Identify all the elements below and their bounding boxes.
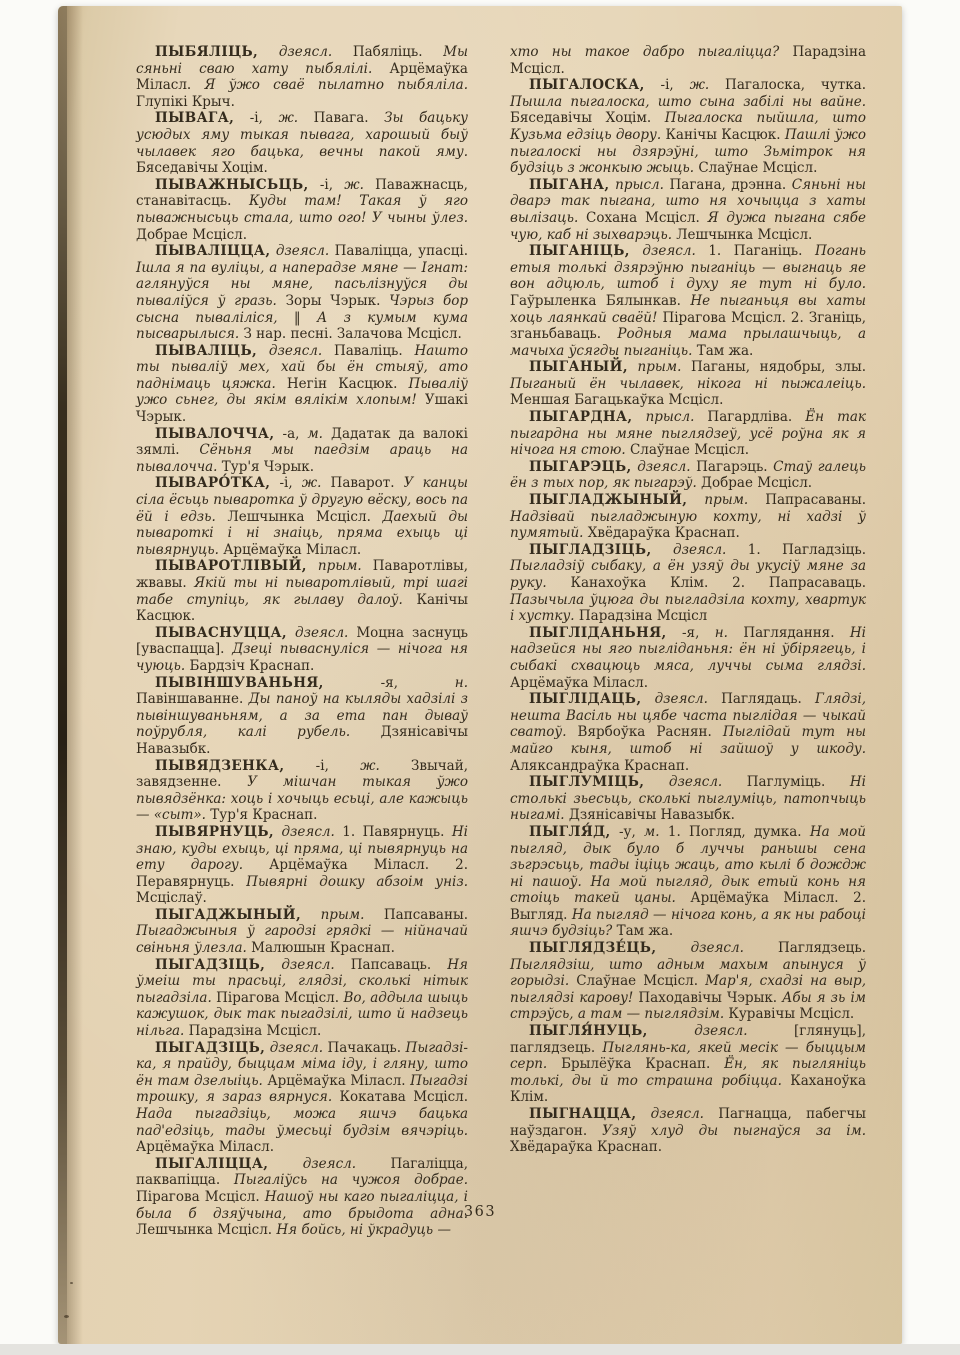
italic-text: Пышла пыгалоска, што сына забілі ны вайн… xyxy=(510,94,866,110)
regular-text: Мсціслаў. xyxy=(136,890,207,906)
italic-text: ж. xyxy=(333,177,364,193)
headword: ПЫГАЛОСКА, xyxy=(529,77,645,93)
italic-text: дзеясл. xyxy=(632,459,691,475)
italic-text: прым. xyxy=(307,558,362,574)
regular-text: 1. Пагладзіць. xyxy=(726,542,866,558)
dictionary-entry: ПЫГЛЯДЗЕ́ЦЬ, дзеясл. Паглядзець. Пыглядз… xyxy=(510,940,866,1023)
headword: ПЫГАДЗІЦЬ, xyxy=(155,957,265,973)
italic-text: прысл. xyxy=(633,409,695,425)
dictionary-entry: ПЫГАРДНА, прысл. Пагардліва. Ён так пыга… xyxy=(510,409,866,459)
italic-text: м. xyxy=(299,426,323,442)
dictionary-entry: ПЫВІНШУВАНЬНЯ, -я, н. Павіншаванне. Ды п… xyxy=(136,675,468,758)
dictionary-entry: ПЫГЛУМІЦЬ, дзеясл. Паглуміць. Ні столькі… xyxy=(510,774,866,824)
regular-text: Брылёўка Краснап. xyxy=(547,1056,710,1072)
regular-text: Лешчынка Мсцісл. xyxy=(216,509,371,525)
italic-text: дзеясл. xyxy=(636,1106,704,1122)
scanner-bed-strip xyxy=(0,1344,960,1355)
headword: ПЫГЛАДЖЫНЫЙ, xyxy=(529,492,687,508)
dictionary-entry: ПЫГЛІДАЦЬ, дзеясл. Паглядаць. Глядзі, не… xyxy=(510,691,866,774)
italic-text: дзеясл. xyxy=(656,940,743,956)
regular-text: -і, xyxy=(645,77,674,93)
dictionary-entry: ПЫВЯРНУЦЬ, дзеясл. 1. Павярнуць. Ні знаю… xyxy=(136,824,468,907)
regular-text: Слаўнае Мсцісл. xyxy=(694,160,817,176)
dictionary-entry: ПЫГАНА, прысл. Пагана, дрэнна. Сяньні ны… xyxy=(510,177,866,243)
regular-text: Добрае Мсцісл. xyxy=(136,227,247,243)
dictionary-entry: ПЫГЛЯ́Д, -у, м. 1. Погляд, думка. На мой… xyxy=(510,824,866,940)
regular-text: Дзянісавічы Навазыбк. xyxy=(565,807,735,823)
dictionary-entry: ПЫВАРО́ТКА, -і, ж. Паварот. У канцы сіла… xyxy=(136,475,468,558)
regular-text: 1. Погляд, думка. xyxy=(660,824,802,840)
dictionary-entry: ПЫГНАЦЦА, дзеясл. Пагнацца, пабегчы наўз… xyxy=(510,1106,866,1156)
regular-text: Меншая Багацькаўка Мсцісл. xyxy=(510,392,723,408)
spine-shadow xyxy=(67,6,83,1344)
regular-text: Пірагова Мсцісл. xyxy=(136,1189,260,1205)
regular-text: Пірагова Мсцісл. xyxy=(212,990,339,1006)
italic-text: дзеясл. xyxy=(274,824,335,840)
headword: ПЫВЯДЗЕНКА, xyxy=(155,758,284,774)
italic-text: прым. xyxy=(628,359,681,375)
regular-text: Хвёдараўка Краснап. xyxy=(583,525,739,541)
regular-text: Парадзіна Мсцісл xyxy=(575,608,708,624)
regular-text: Лешчынка Мсцісл. xyxy=(136,1222,272,1238)
regular-text: 1. Павярнуць. xyxy=(335,824,445,840)
regular-text: Павіншаванне. xyxy=(136,691,243,707)
dictionary-entry: ПЫГАНІЦЬ, дзеясл. 1. Паганіць. Погань ет… xyxy=(510,243,866,359)
regular-text: Паганы, нядобры, злы. xyxy=(681,359,866,375)
regular-text: З нар. песні. Залачова Мсцісл. xyxy=(239,326,462,342)
headword: ПЫГЛУМІЦЬ, xyxy=(529,774,644,790)
regular-text: Аляксандраўка Краснап. xyxy=(510,758,689,774)
regular-text: Добрае Мсцісл. xyxy=(697,475,812,491)
dictionary-entry: ПЫВАЛІЦЬ, дзеясл. Паваліць. Нашто ты пыв… xyxy=(136,343,468,426)
regular-text: -і, xyxy=(309,177,333,193)
right-column: хто ны такое дабро пыгаліцца? Парадзіна … xyxy=(510,44,866,1156)
italic-text: прысл. xyxy=(610,177,664,193)
headword: ПЫВАЛІЦЬ, xyxy=(155,343,257,359)
italic-text: Пывярні дошку абзоім уніз. xyxy=(234,874,468,890)
dictionary-entry: ПЫГАНЫЙ, прым. Паганы, нядобры, злы. Пыг… xyxy=(510,359,866,409)
regular-text: Папсаваны. xyxy=(364,907,468,923)
regular-text: Пагарэць. xyxy=(691,459,768,475)
headword: ПЫВАЛОЧЧА, xyxy=(155,426,274,442)
regular-text: Лешчынка Мсцісл. xyxy=(672,227,812,243)
regular-text: Тур'я Чэрык. xyxy=(217,459,314,475)
dictionary-entry: ПЫВЯДЗЕНКА, -і, ж. Звычай, завядзенне. У… xyxy=(136,758,468,824)
dictionary-entry: ПЫГАЛІЦЦА, дзеясл. Пагаліцца, паквапіцца… xyxy=(136,1156,468,1239)
regular-text: Пабяліць. xyxy=(332,44,422,60)
regular-text: Пагардліва. xyxy=(694,409,792,425)
regular-text: Паходавічы Чэрык. xyxy=(633,990,777,1006)
regular-text: Паварот. xyxy=(321,475,394,491)
regular-text: Там жа. xyxy=(612,923,673,939)
regular-text: Слаўнае Мсцісл. xyxy=(569,973,698,989)
regular-text: -і, xyxy=(270,475,292,491)
regular-text: Паглядзець. xyxy=(744,940,866,956)
headword: ПЫГЛЯ́Д, xyxy=(529,824,611,840)
page-number: 363 xyxy=(58,1204,902,1220)
regular-text: Паваліць. xyxy=(322,343,402,359)
headword: ПЫВАРО́ТКА, xyxy=(155,475,270,491)
regular-text: Малюшын Краснап. xyxy=(247,940,395,956)
headword: ПЫВЯРНУЦЬ, xyxy=(155,824,274,840)
regular-text: Глупікі Крыч. xyxy=(136,94,235,110)
regular-text: 1. Паганіць. xyxy=(696,243,803,259)
scan-artifact xyxy=(70,1282,73,1284)
italic-text: ж. xyxy=(263,110,298,126)
italic-text: Пыгаліўсь на чужоя добрае. xyxy=(220,1172,468,1188)
regular-text: Вярбоўка Раснян. xyxy=(567,724,712,740)
book-page: ПЫБЯЛІЦЬ, дзеясл. Пабяліць. Мы сяньні св… xyxy=(58,6,902,1344)
italic-text: прым. xyxy=(687,492,748,508)
regular-text: Гаўрыленка Бялынкав. xyxy=(510,293,681,309)
headword: ПЫГЛІДАЦЬ, xyxy=(529,691,641,707)
regular-text: Зоры Чэрык. xyxy=(277,293,381,309)
italic-text: ж. xyxy=(674,77,709,93)
regular-text: Арцёмаўка Міласл. xyxy=(136,1139,274,1155)
dictionary-entry: ПЫВАЖНЫСЬЦЬ, -і, ж. Паважнасць, станавіт… xyxy=(136,177,468,243)
headword: ПЫВАРОТЛІВЫЙ, xyxy=(155,558,307,574)
italic-text: дзеясл. xyxy=(652,542,727,558)
regular-text: Хвёдараўка Краснап. xyxy=(510,1139,662,1155)
headword: ПЫГАДЗІЦЬ, xyxy=(155,1040,265,1056)
headword: ПЫГЛЯДЗЕ́ЦЬ, xyxy=(529,940,656,956)
italic-text: ж. xyxy=(293,475,322,491)
dictionary-entry: ПЫГЛАДЗІЦЬ, дзеясл. 1. Пагладзіць. Пыгла… xyxy=(510,542,866,625)
headword: ПЫВАГА, xyxy=(155,110,234,126)
italic-text: дзеясл. xyxy=(644,774,722,790)
headword: ПЫГНАЦЦА, xyxy=(529,1106,636,1122)
regular-text: Павага. xyxy=(298,110,368,126)
italic-text: Нада пыгадзіць, можа яшчэ бацька пад'едз… xyxy=(136,1106,468,1139)
regular-text: Пагалоска, чутка. xyxy=(709,77,866,93)
headword: ПЫГАРЭЦЬ, xyxy=(529,459,632,475)
italic-text: дзеясл. xyxy=(268,1156,356,1172)
headword: ПЫГАЛІЦЦА, xyxy=(155,1156,268,1172)
italic-text: прым. xyxy=(301,907,364,923)
regular-text: Там жа. xyxy=(692,343,753,359)
regular-text: Парадзіна Мсцісл. xyxy=(184,1023,321,1039)
headword: ПЫГЛЯ́НУЦЬ, xyxy=(529,1023,648,1039)
regular-text: Слаўнае Мсцісл. xyxy=(626,442,749,458)
dictionary-entry: ПЫГАДЖЫНЫЙ, прым. Папсаваны. Пыгаджыныя … xyxy=(136,907,468,957)
regular-text: Папрасаваны. xyxy=(748,492,866,508)
scan-artifact xyxy=(64,1315,69,1318)
regular-text: Папсаваць. xyxy=(335,957,432,973)
regular-text: Бяседавічы Хоцім. xyxy=(136,160,268,176)
regular-text: Паглядаць. xyxy=(708,691,802,707)
italic-text: хто ны такое дабро пыгаліцца? xyxy=(510,44,779,60)
dictionary-entry: ПЫГАЛОСКА, -і, ж. Пагалоска, чутка. Пышл… xyxy=(510,77,866,177)
regular-text: Паглядання. xyxy=(728,625,835,641)
dictionary-entry: ПЫВАСНУЦЦА, дзеясл. Моцна заснуць [увасп… xyxy=(136,625,468,675)
regular-text: Канічы Касцюк. xyxy=(661,127,780,143)
headword: ПЫВАЛІЦЦА, xyxy=(155,243,270,259)
italic-text: дзеясл. xyxy=(257,343,322,359)
dictionary-entry: ПЫВАГА, -і, ж. Павага. Зы бацьку усюдых … xyxy=(136,110,468,176)
italic-text: н. xyxy=(699,625,728,641)
regular-text: Канахоўка Клім. 2. Папрасаваць. xyxy=(547,575,866,591)
entry-continuation: хто ны такое дабро пыгаліцца? Парадзіна … xyxy=(510,44,866,77)
regular-text: -а, xyxy=(274,426,299,442)
regular-text: -я, xyxy=(667,625,700,641)
regular-text: -і, xyxy=(284,758,328,774)
italic-text: дзеясл. xyxy=(258,44,332,60)
dictionary-entry: ПЫГЛАДЖЫНЫЙ, прым. Папрасаваны. Надзівай… xyxy=(510,492,866,542)
regular-text: -я, xyxy=(324,675,398,691)
dictionary-entry: ПЫГАРЭЦЬ, дзеясл. Пагарэць. Стаў галець … xyxy=(510,459,866,492)
italic-text: дзеясл. xyxy=(648,1023,748,1039)
dictionary-entry: ПЫВАЛОЧЧА, -а, м. Дадатак да валокі зямл… xyxy=(136,426,468,476)
italic-text: н. xyxy=(398,675,468,691)
italic-text: Узяў хлуд ды пыгнаўся за ім. xyxy=(587,1123,866,1139)
dictionary-entry: ПЫГАДЗІЦЬ, дзеясл. Папсаваць. Ня ўмеіш т… xyxy=(136,957,468,1040)
dictionary-entry: ПЫГЛІДАНЬНЯ, -я, н. Паглядання. Ні надзе… xyxy=(510,625,866,691)
italic-text: дзеясл. xyxy=(287,625,348,641)
italic-text: Ня бойсь, ні ўкрадуць — xyxy=(272,1222,451,1238)
italic-text: дзеясл. xyxy=(270,243,329,259)
italic-text: дзеясл. xyxy=(641,691,708,707)
italic-text: дзеясл. xyxy=(630,243,696,259)
headword: ПЫБЯЛІЦЬ, xyxy=(155,44,258,60)
headword: ПЫВІНШУВАНЬНЯ, xyxy=(155,675,324,691)
italic-text: Я ўжо сваё пылатно пыбяліла. xyxy=(191,77,468,93)
regular-text: Сохана Мсцісл. xyxy=(578,210,700,226)
regular-text: Арцёмаўка Міласл. xyxy=(263,1073,406,1089)
regular-text: Арцёмаўка Міласл. xyxy=(510,675,648,691)
regular-text: Пачакаць. xyxy=(323,1040,401,1056)
regular-text: Негін Касцюк. xyxy=(276,376,398,392)
left-column: ПЫБЯЛІЦЬ, дзеясл. Пабяліць. Мы сяньні св… xyxy=(136,44,468,1239)
dictionary-entry: ПЫБЯЛІЦЬ, дзеясл. Пабяліць. Мы сяньні св… xyxy=(136,44,468,110)
book-spine-edge xyxy=(58,6,67,1344)
dictionary-entry: ПЫГЛЯ́НУЦЬ, дзеясл. [глянуць], паглядзец… xyxy=(510,1023,866,1106)
italic-text: дзеясл. xyxy=(265,1040,323,1056)
regular-text: Бяседавічы Хоцім. xyxy=(510,110,651,126)
regular-text: Паглуміць. xyxy=(722,774,825,790)
headword: ПЫГАДЖЫНЫЙ, xyxy=(155,907,301,923)
regular-text: Кокатава Мсцісл. xyxy=(332,1089,468,1105)
headword: ПЫГЛІДАНЬНЯ, xyxy=(529,625,667,641)
headword: ПЫГЛАДЗІЦЬ, xyxy=(529,542,652,558)
italic-text: ж. xyxy=(329,758,380,774)
regular-text: Пагана, дрэнна. xyxy=(664,177,786,193)
italic-text: м. xyxy=(636,824,660,840)
headword: ПЫВАЖНЫСЬЦЬ, xyxy=(155,177,309,193)
regular-text: Бардзіч Краснап. xyxy=(185,658,314,674)
headword: ПЫГАНЫЙ, xyxy=(529,359,628,375)
headword: ПЫГАНІЦЬ, xyxy=(529,243,630,259)
headword: ПЫГАРДНА, xyxy=(529,409,633,425)
headword: ПЫГАНА, xyxy=(529,177,610,193)
headword: ПЫВАСНУЦЦА, xyxy=(155,625,287,641)
regular-text: -у, xyxy=(611,824,636,840)
italic-text: Пыганый ён чылавек, нікога ні пыжалеіць. xyxy=(510,376,866,392)
regular-text: Тур'я Краснап. xyxy=(206,807,317,823)
regular-text: Паваліцца, упасці. xyxy=(329,243,468,259)
italic-text: дзеясл. xyxy=(265,957,334,973)
dictionary-entry: ПЫГАДЗІЦЬ, дзеясл. Пачакаць. Пыгадзі-ка,… xyxy=(136,1040,468,1156)
dictionary-entry: ПЫВАРОТЛІВЫЙ, прым. Паваротлівы, жвавы. … xyxy=(136,558,468,624)
regular-text: -і, xyxy=(234,110,263,126)
dictionary-entry: ПЫВАЛІЦЦА, дзеясл. Паваліцца, упасці. Іш… xyxy=(136,243,468,343)
regular-text: Куравічы Мсцісл. xyxy=(724,1006,854,1022)
regular-text: Арцёмаўка Міласл. xyxy=(219,542,361,558)
